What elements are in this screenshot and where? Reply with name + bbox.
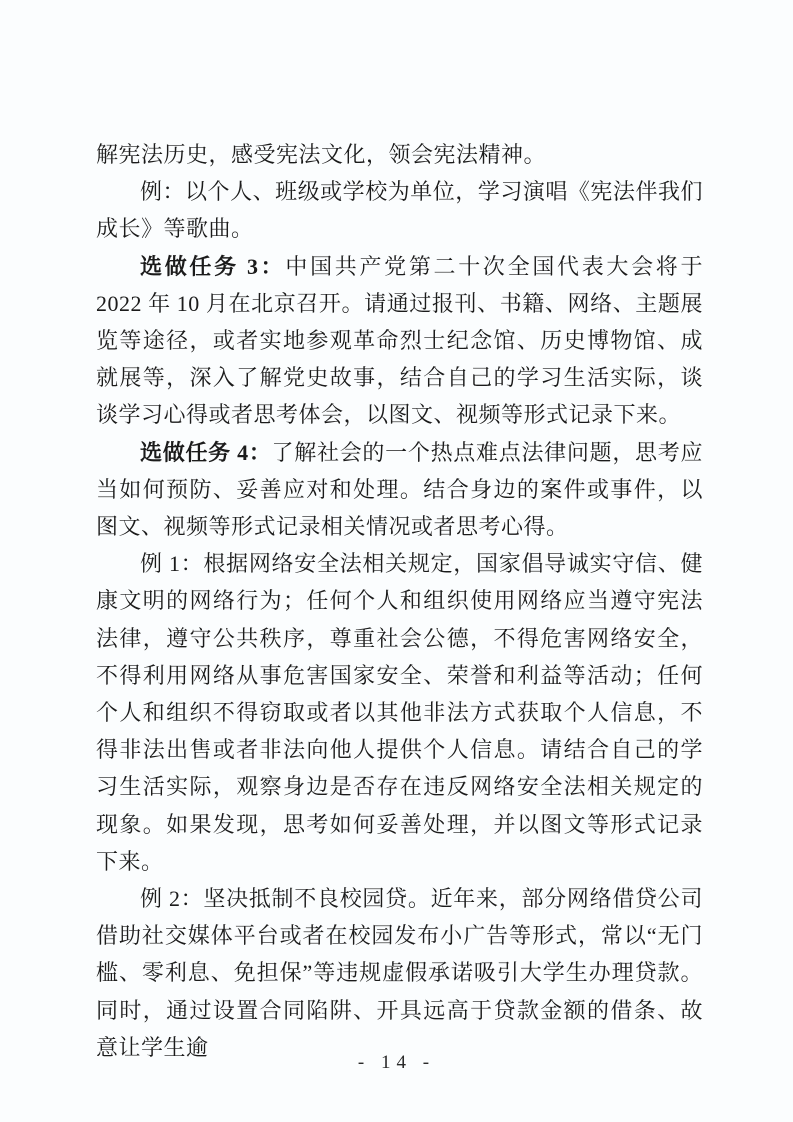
paragraph: 选做任务 3：中国共产党第二十次全国代表大会将于 2022 年 10 月在北京召… [96,248,703,434]
document-body: 解宪法历史，感受宪法文化，领会宪法精神。例：以个人、班级或学校为单位，学习演唱《… [96,136,703,1066]
paragraph-text: 例：以个人、班级或学校为单位，学习演唱《宪法伴我们成长》等歌曲。 [96,179,703,241]
paragraph-text: 中国共产党第二十次全国代表大会将于 2022 年 10 月在北京召开。请通过报刊… [96,254,703,428]
document-page: 解宪法历史，感受宪法文化，领会宪法精神。例：以个人、班级或学校为单位，学习演唱《… [0,0,793,1122]
paragraph-text: 例 1：根据网络安全法相关规定，国家倡导诚实守信、健康文明的网络行为；任何个人和… [96,551,703,874]
paragraph-text: 例 2：坚决抵制不良校园贷。近年来，部分网络借贷公司借助社交媒体平台或者在校园发… [96,886,703,1060]
paragraph-label-bold: 选做任务 3： [140,254,285,279]
paragraph: 解宪法历史，感受宪法文化，领会宪法精神。 [96,136,703,173]
paragraph-label-bold: 选做任务 4： [140,440,272,465]
paragraph: 例：以个人、班级或学校为单位，学习演唱《宪法伴我们成长》等歌曲。 [96,173,703,247]
paragraph-text: 解宪法历史，感受宪法文化，领会宪法精神。 [96,142,546,167]
paragraph: 例 1：根据网络安全法相关规定，国家倡导诚实守信、健康文明的网络行为；任何个人和… [96,545,703,880]
paragraph: 例 2：坚决抵制不良校园贷。近年来，部分网络借贷公司借助社交媒体平台或者在校园发… [96,880,703,1066]
page-number: - 14 - [0,1052,793,1074]
paragraph: 选做任务 4：了解社会的一个热点难点法律问题，思考应当如何预防、妥善应对和处理。… [96,434,703,546]
